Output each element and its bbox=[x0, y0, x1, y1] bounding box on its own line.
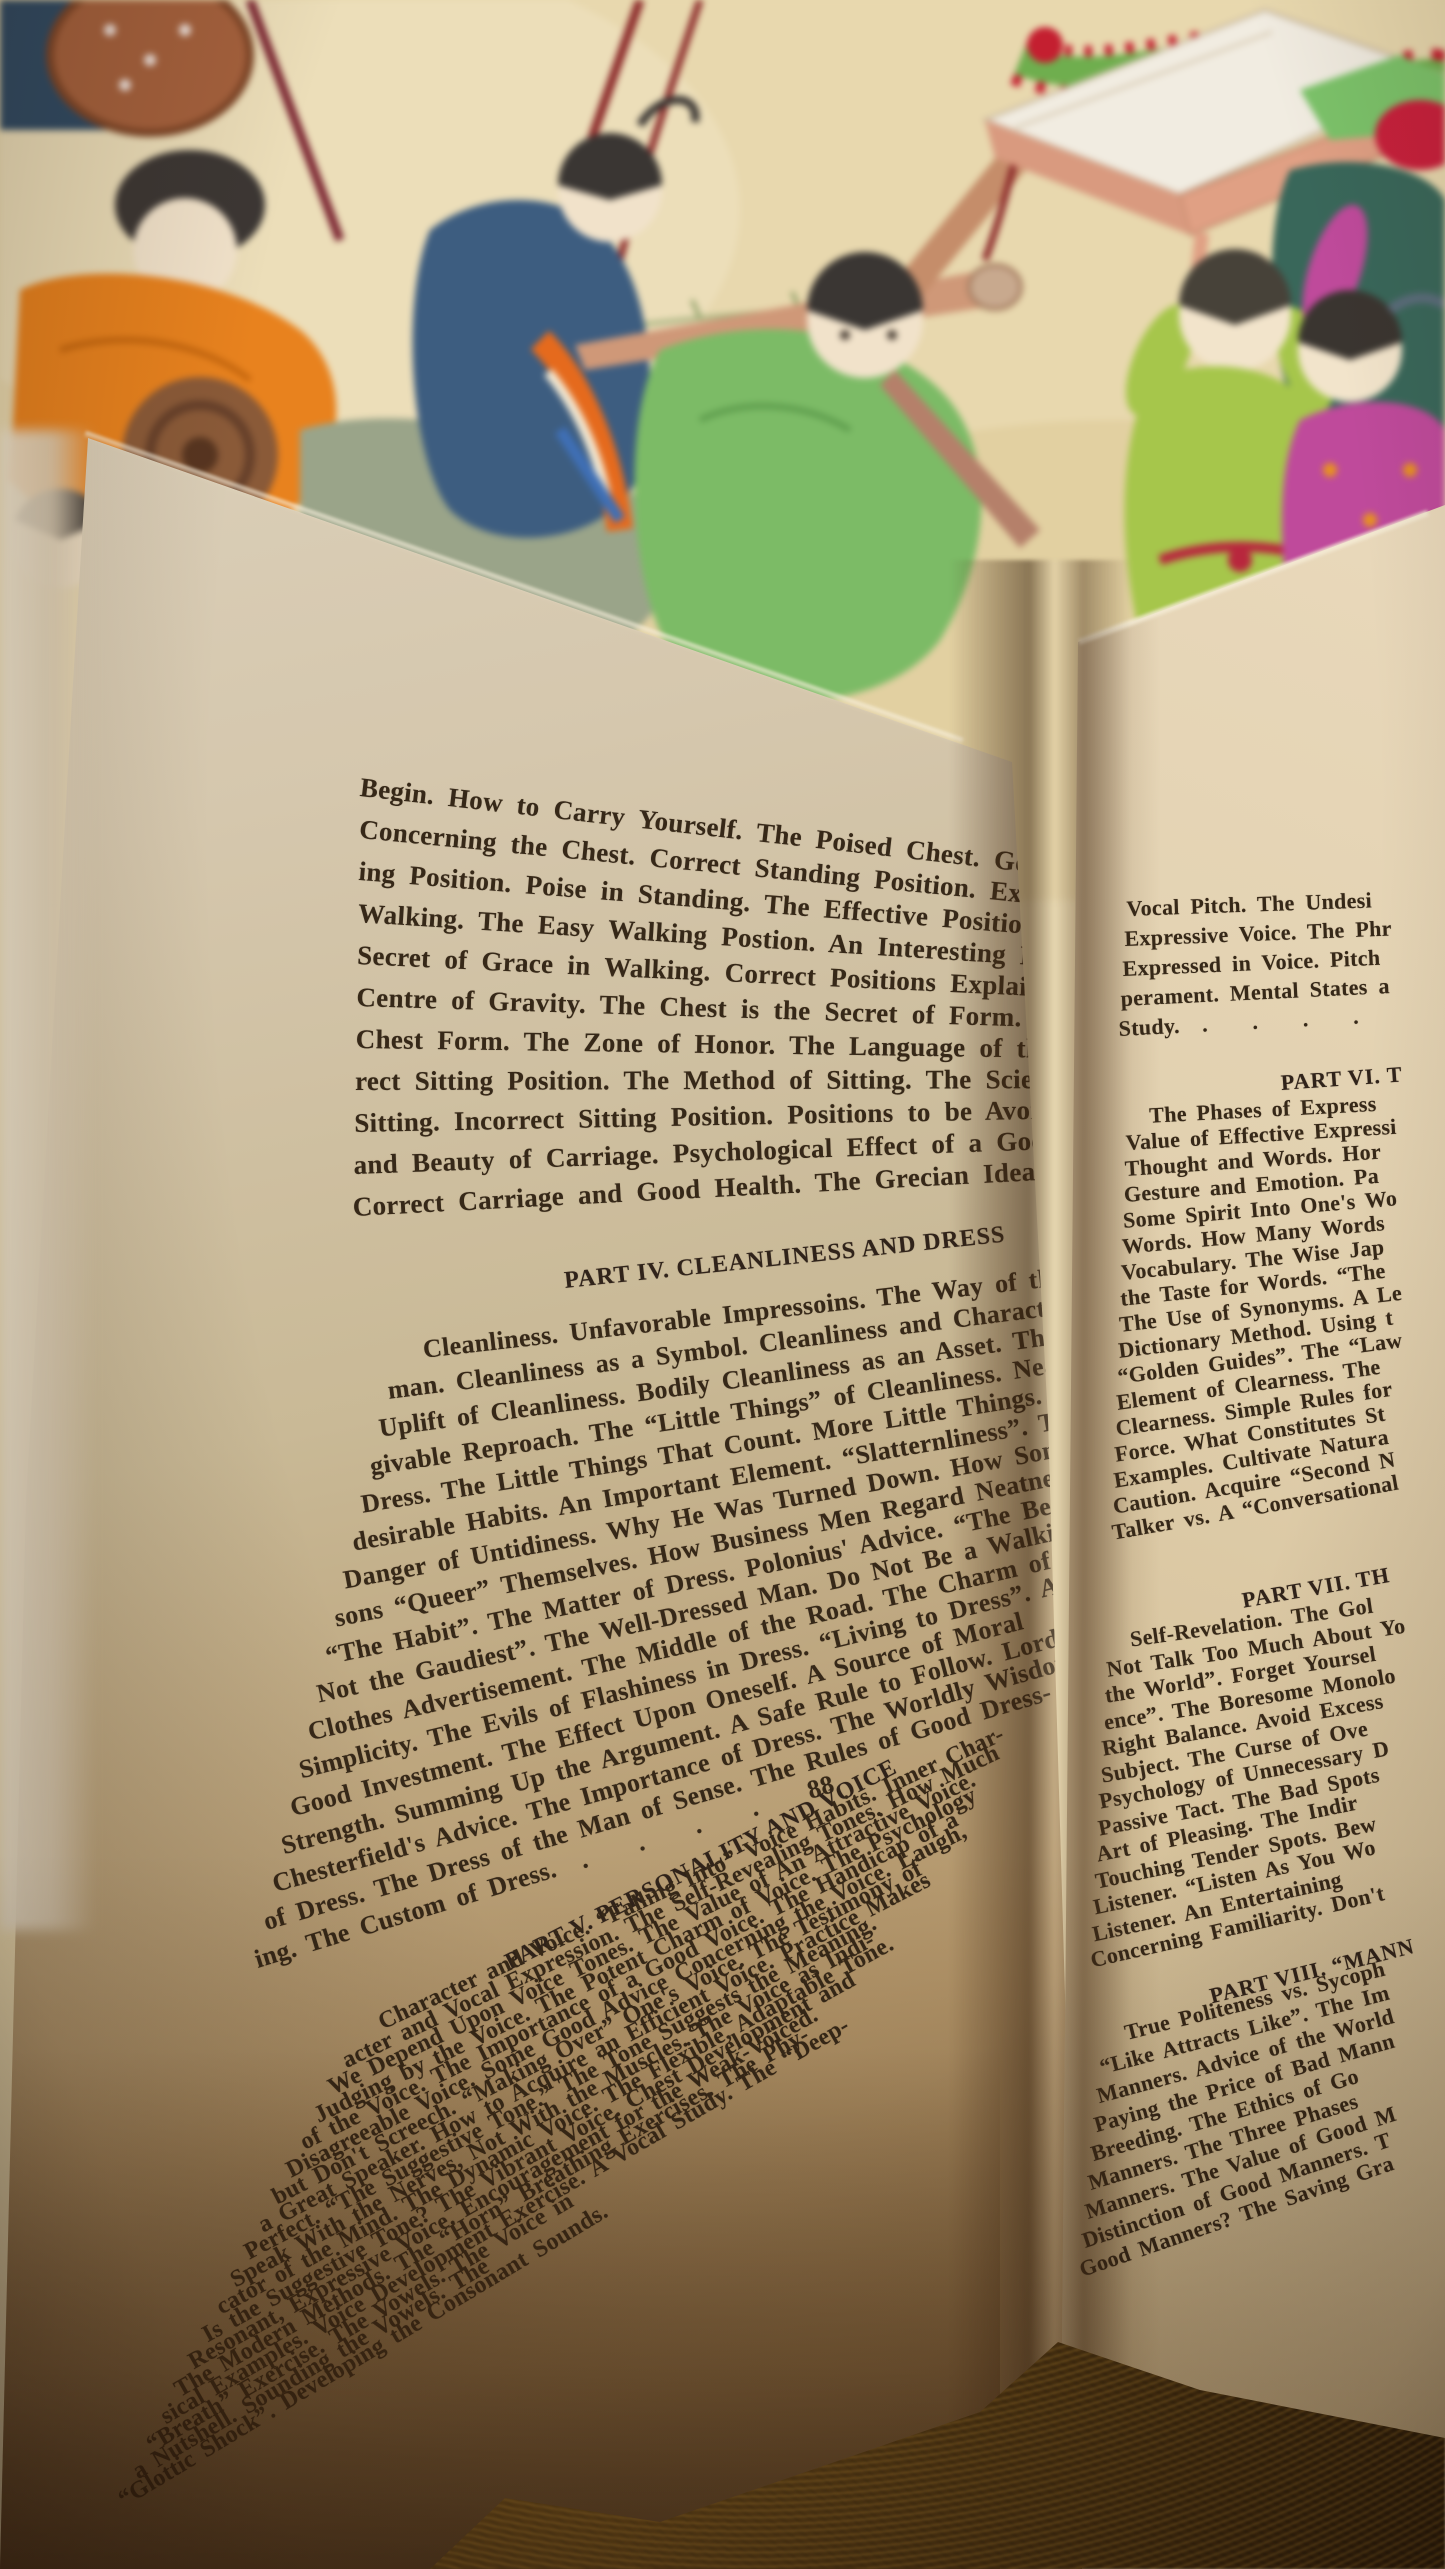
book-fore-edge bbox=[0, 430, 96, 1930]
gutter-shadow bbox=[950, 560, 1130, 2569]
book-photo: Begin. How to Carry Yourself. The Poised… bbox=[0, 0, 1445, 2569]
part6-heading: PART VI. T bbox=[1280, 1061, 1403, 1095]
